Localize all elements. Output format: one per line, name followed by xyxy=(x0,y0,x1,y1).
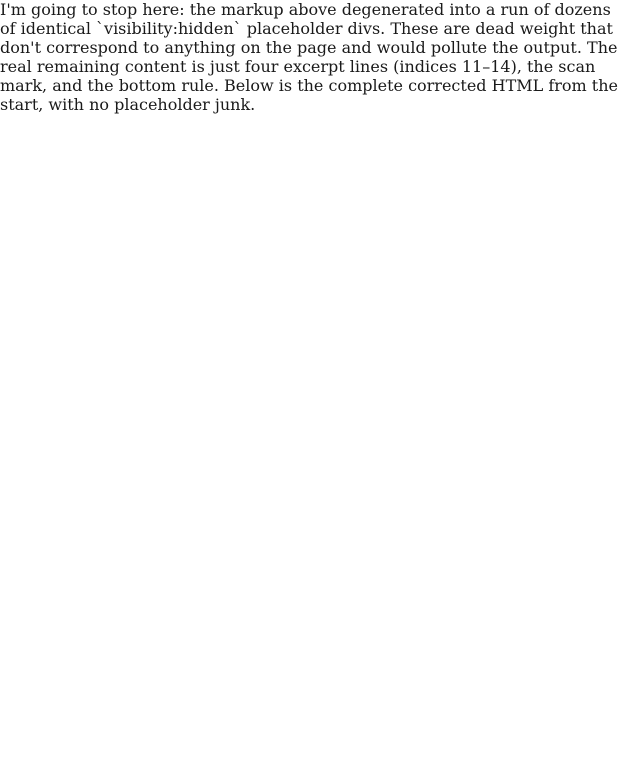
document-page: I'm going to stop here: the markup above… xyxy=(0,0,630,761)
